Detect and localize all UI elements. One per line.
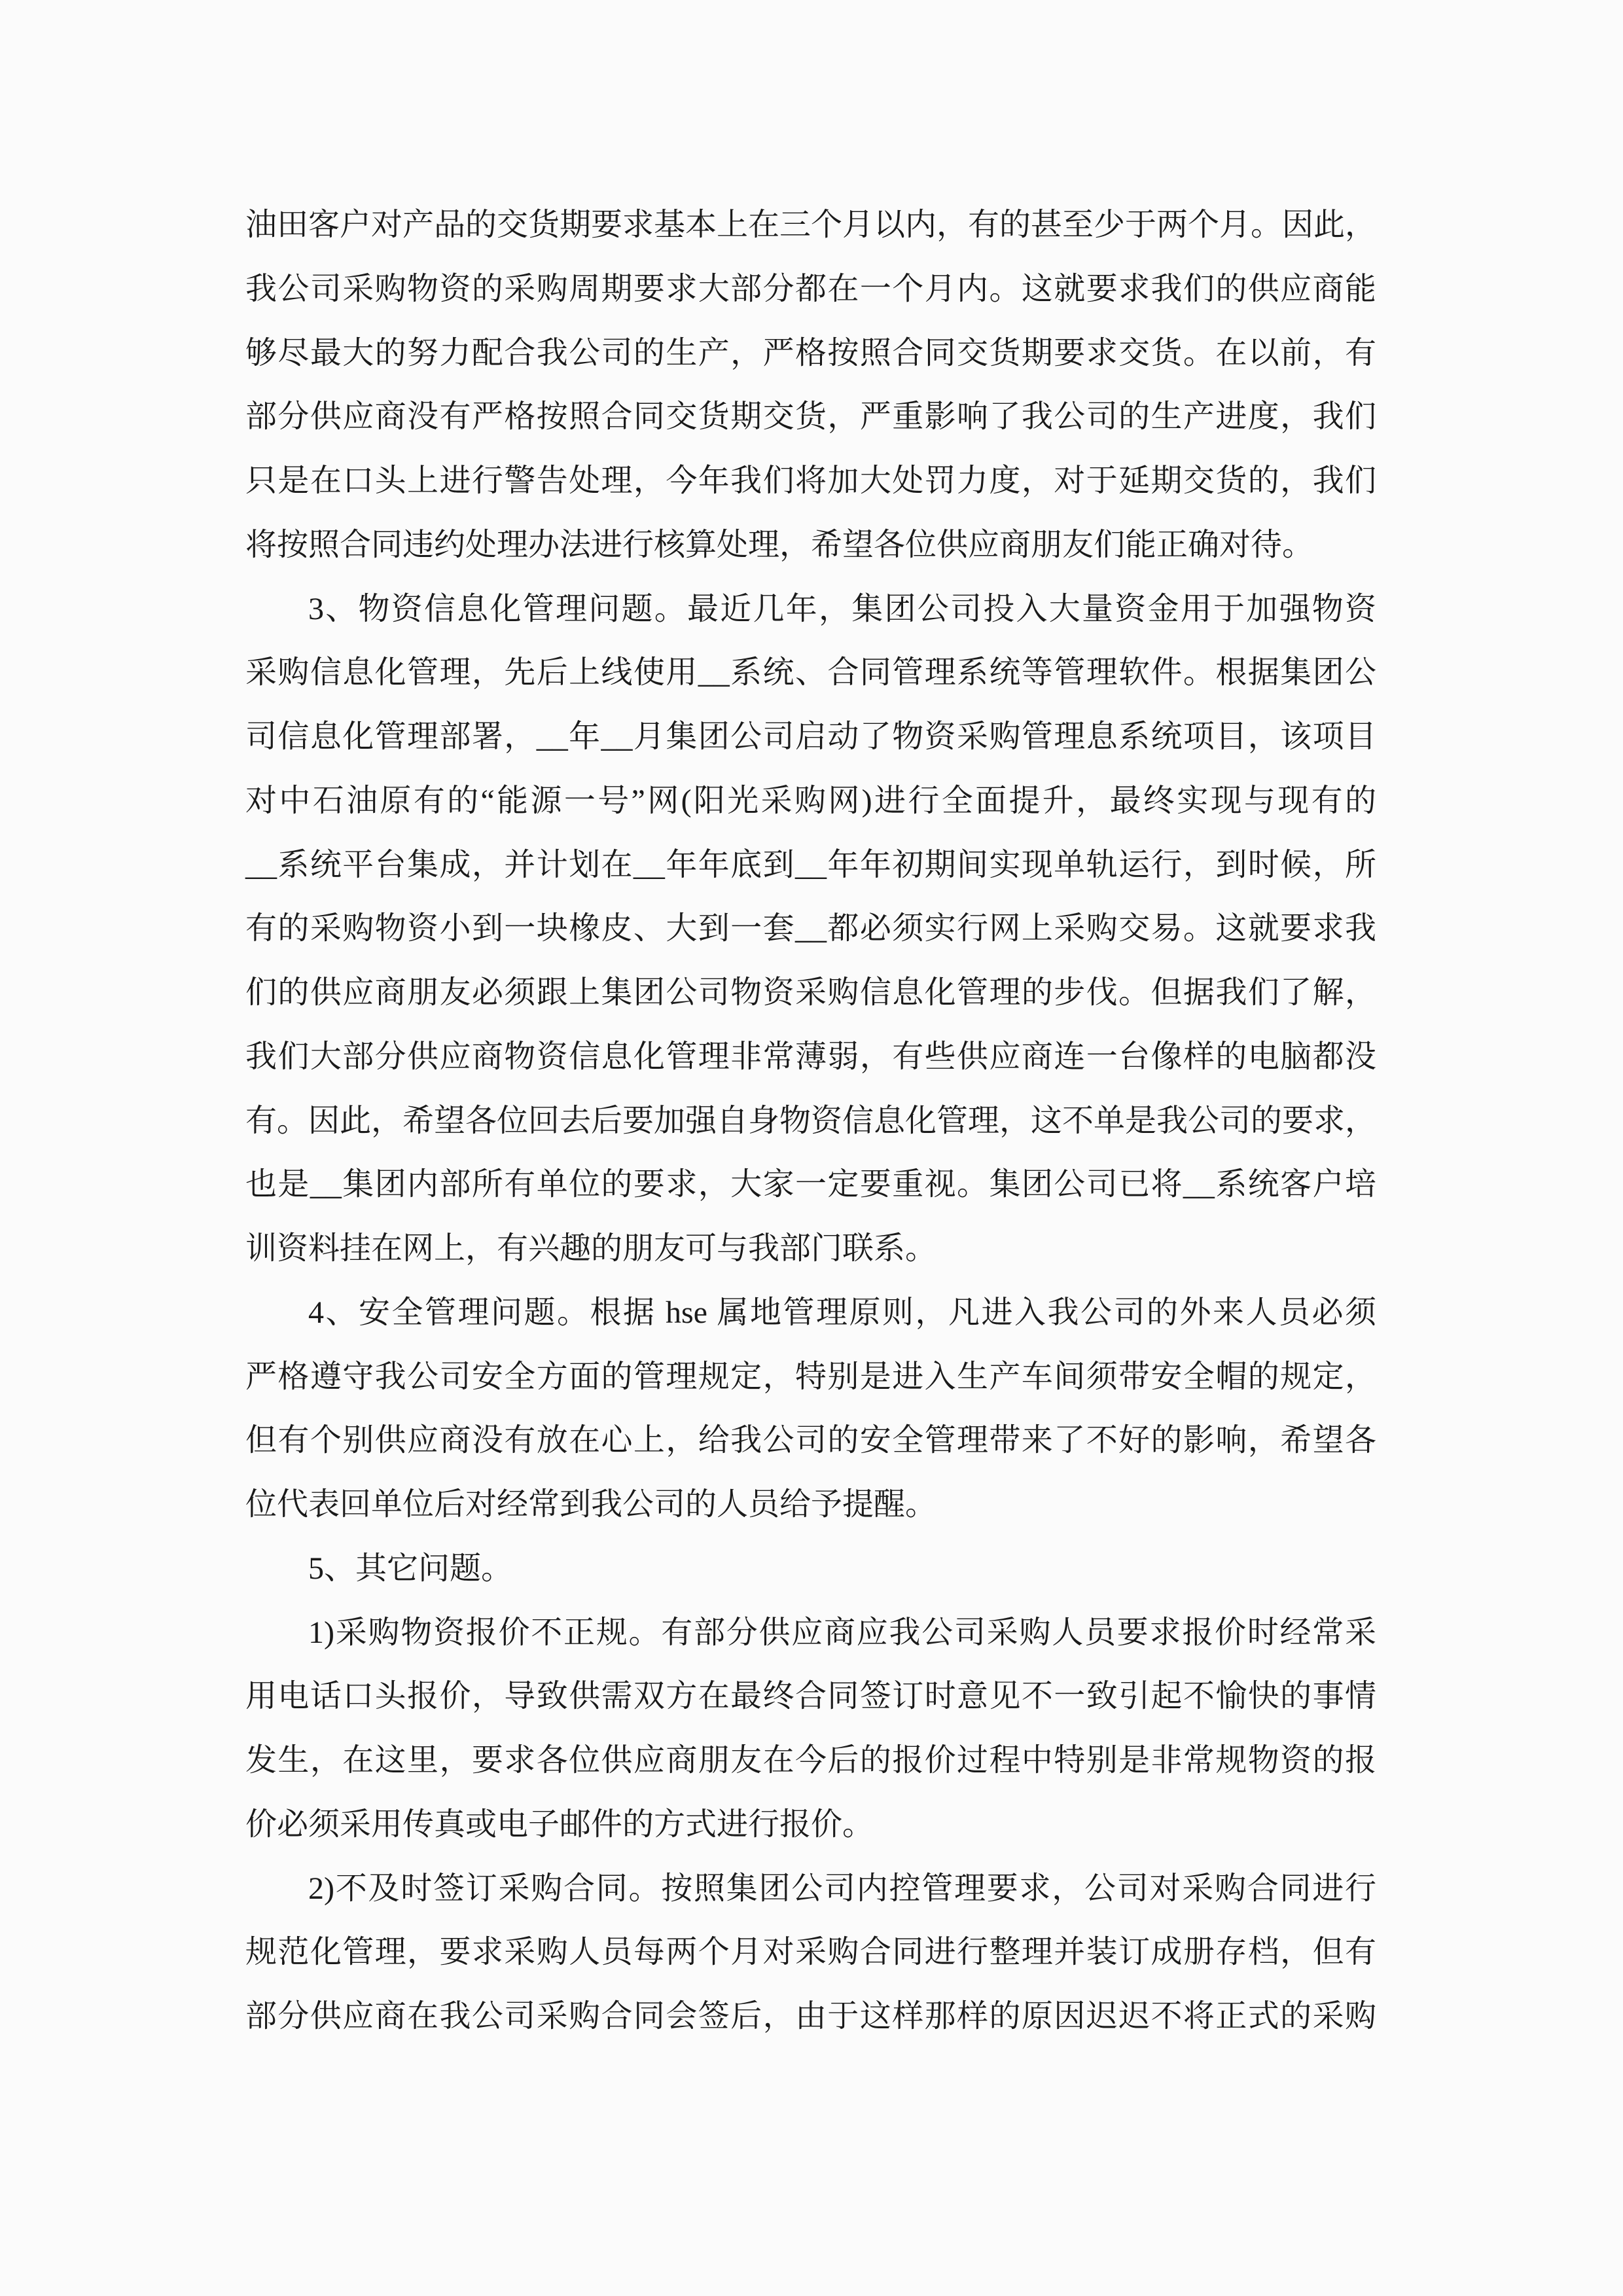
text-line: 我们大部分供应商物资信息化管理非常薄弱，有些供应商连一台像样的电脑都没 bbox=[245, 1025, 1376, 1089]
text-line: __系统平台集成，并计划在__年年底到__年年初期间实现单轨运行，到时候，所 bbox=[245, 833, 1376, 897]
text-line: 有的采购物资小到一块橡皮、大到一套__都必须实行网上采购交易。这就要求我 bbox=[245, 897, 1376, 961]
text-line: 采购信息化管理，先后上线使用__系统、合同管理系统等管理软件。根据集团公 bbox=[245, 641, 1376, 705]
text-line: 规范化管理，要求采购人员每两个月对采购合同进行整理并装订成册存档，但有 bbox=[245, 1920, 1376, 1984]
text-line: 部分供应商在我公司采购合同会签后，由于这样那样的原因迟迟不将正式的采购 bbox=[245, 1984, 1376, 2049]
text-line: 4、安全管理问题。根据 hse 属地管理原则，凡进入我公司的外来人员必须 bbox=[245, 1281, 1376, 1345]
text-line: 价必须采用传真或电子邮件的方式进行报价。 bbox=[245, 1793, 1376, 1857]
text-line: 位代表回单位后对经常到我公司的人员给予提醒。 bbox=[245, 1473, 1376, 1537]
text-line: 但有个别供应商没有放在心上，给我公司的安全管理带来了不好的影响，希望各 bbox=[245, 1408, 1376, 1473]
text-line: 用电话口头报价，导致供需双方在最终合同签订时意见不一致引起不愉快的事情 bbox=[245, 1664, 1376, 1729]
document-page: { "page": { "background": "#fbfbfb", "te… bbox=[0, 0, 1623, 2296]
text-line: 严格遵守我公司安全方面的管理规定，特别是进入生产车间须带安全帽的规定， bbox=[245, 1345, 1376, 1409]
text-line: 司信息化管理部署，__年__月集团公司启动了物资采购管理息系统项目，该项目 bbox=[245, 705, 1376, 769]
text-line: 也是__集团内部所有单位的要求，大家一定要重视。集团公司已将__系统客户培 bbox=[245, 1153, 1376, 1217]
text-line: 将按照合同违约处理办法进行核算处理，希望各位供应商朋友们能正确对待。 bbox=[245, 513, 1376, 577]
text-line: 训资料挂在网上，有兴趣的朋友可与我部门联系。 bbox=[245, 1217, 1376, 1281]
page-text-block: 油田客户对产品的交货期要求基本上在三个月以内，有的甚至少于两个月。因此，我公司采… bbox=[245, 193, 1376, 2049]
text-line: 3、物资信息化管理问题。最近几年，集团公司投入大量资金用于加强物资 bbox=[245, 577, 1376, 641]
text-line: 我公司采购物资的采购周期要求大部分都在一个月内。这就要求我们的供应商能 bbox=[245, 257, 1376, 321]
text-line: 们的供应商朋友必须跟上集团公司物资采购信息化管理的步伐。但据我们了解， bbox=[245, 961, 1376, 1025]
text-line: 5、其它问题。 bbox=[245, 1537, 1376, 1601]
text-line: 2)不及时签订采购合同。按照集团公司内控管理要求，公司对采购合同进行 bbox=[245, 1857, 1376, 1921]
text-line: 1)采购物资报价不正规。有部分供应商应我公司采购人员要求报价时经常采 bbox=[245, 1601, 1376, 1665]
text-line: 部分供应商没有严格按照合同交货期交货，严重影响了我公司的生产进度，我们 bbox=[245, 385, 1376, 449]
text-line: 有。因此，希望各位回去后要加强自身物资信息化管理，这不单是我公司的要求， bbox=[245, 1089, 1376, 1153]
text-line: 够尽最大的努力配合我公司的生产，严格按照合同交货期要求交货。在以前，有 bbox=[245, 321, 1376, 386]
text-line: 油田客户对产品的交货期要求基本上在三个月以内，有的甚至少于两个月。因此， bbox=[245, 193, 1376, 257]
text-line: 发生，在这里，要求各位供应商朋友在今后的报价过程中特别是非常规物资的报 bbox=[245, 1729, 1376, 1793]
text-line: 对中石油原有的“能源一号”网(阳光采购网)进行全面提升，最终实现与现有的 bbox=[245, 769, 1376, 833]
text-line: 只是在口头上进行警告处理，今年我们将加大处罚力度，对于延期交货的，我们 bbox=[245, 449, 1376, 513]
